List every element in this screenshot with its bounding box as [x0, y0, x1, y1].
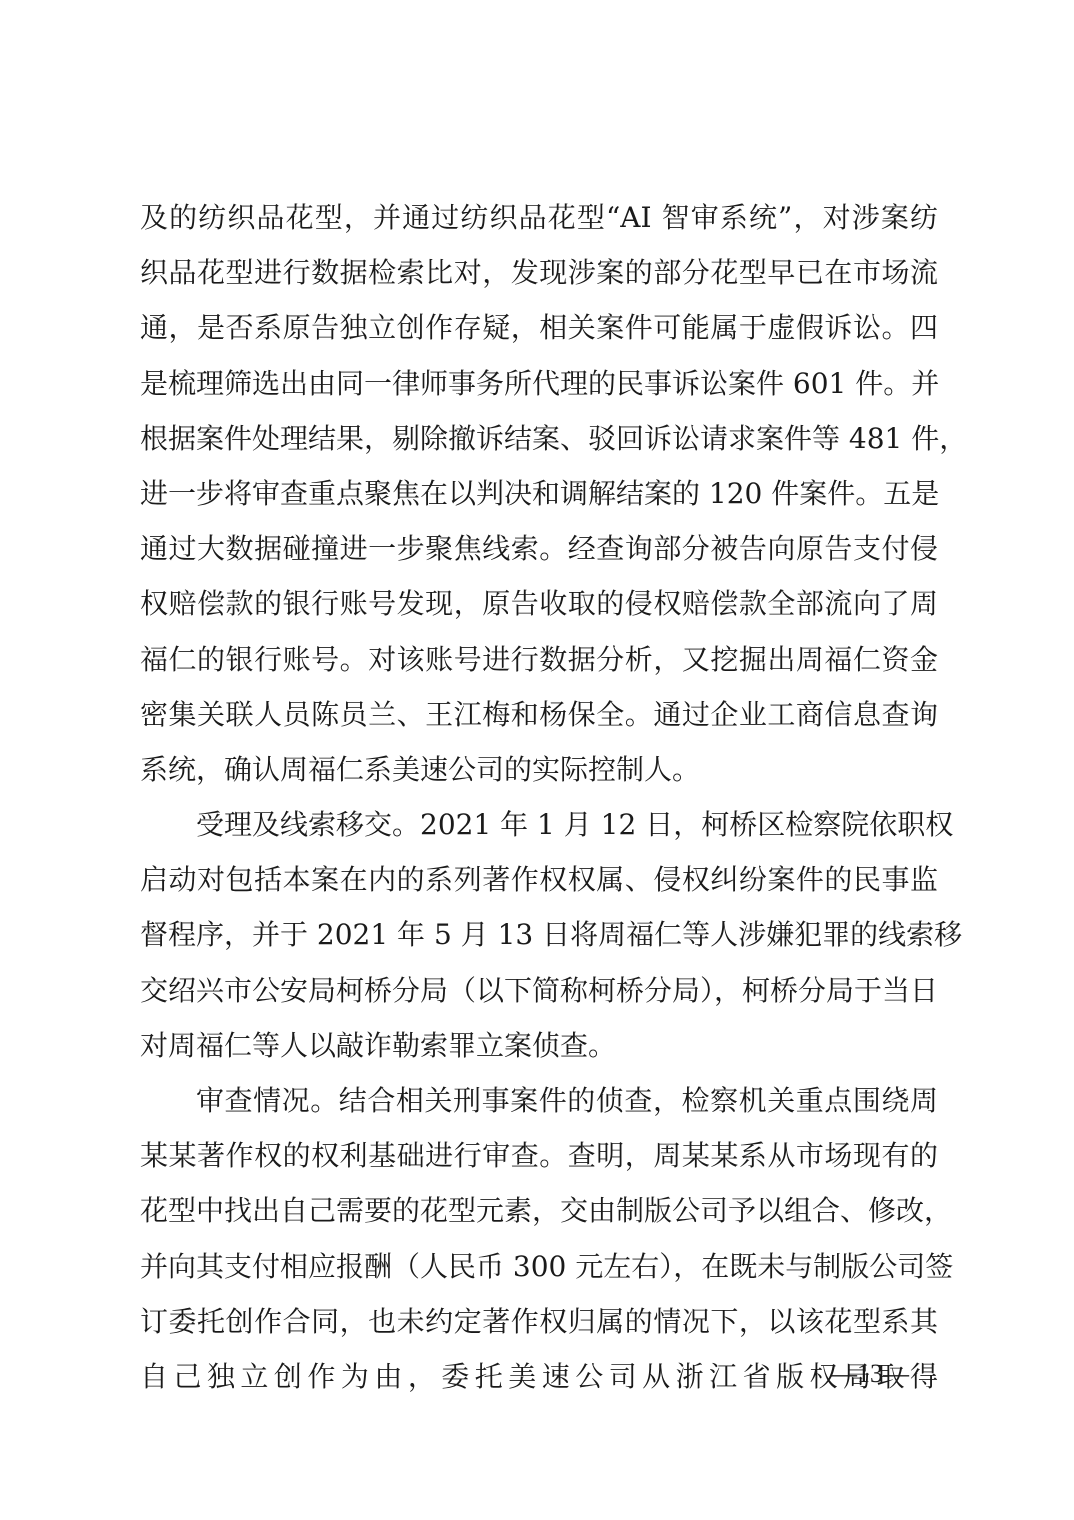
text-line: 对周福仁等人以敲诈勒索罪立案侦查。	[140, 1018, 938, 1073]
text-line: 某某著作权的权利基础进行审查。查明，周某某系从市场现有的	[140, 1128, 938, 1183]
text-line: 订委托创作合同，也未约定著作权归属的情况下，以该花型系其	[140, 1294, 938, 1349]
document-page: 及的纺织品花型，并通过纺织品花型“AI 智审系统”，对涉案纺 织品花型进行数据检…	[0, 0, 1074, 1520]
text-line: 福仁的银行账号。对该账号进行数据分析，又挖掘出周福仁资金	[140, 632, 938, 687]
text-line: 通过大数据碰撞进一步聚焦线索。经查询部分被告向原告支付侵	[140, 521, 938, 576]
text-line: 根据案件处理结果，剔除撤诉结案、驳回诉讼请求案件等 481 件，	[140, 411, 938, 466]
text-line: 花型中找出自己需要的花型元素，交由制版公司予以组合、修改，	[140, 1183, 938, 1238]
text-line: 系统，确认周福仁系美速公司的实际控制人。	[140, 742, 938, 797]
text-line: 及的纺织品花型，并通过纺织品花型“AI 智审系统”，对涉案纺	[140, 190, 938, 245]
paragraph-review-situation: 审查情况。结合相关刑事案件的侦查，检察机关重点围绕周 某某著作权的权利基础进行审…	[140, 1073, 938, 1404]
text-line: 是梳理筛选出由同一律师事务所代理的民事诉讼案件 601 件。并	[140, 356, 938, 411]
text-line: 受理及线索移交。2021 年 1 月 12 日，柯桥区检察院依职权	[140, 797, 938, 852]
text-line: 审查情况。结合相关刑事案件的侦查，检察机关重点围绕周	[140, 1073, 938, 1128]
text-line: 密集关联人员陈员兰、王江梅和杨保全。通过企业工商信息查询	[140, 687, 938, 742]
text-line: 并向其支付相应报酬（人民币 300 元左右），在既未与制版公司签	[140, 1239, 938, 1294]
text-line: 权赔偿款的银行账号发现，原告收取的侵权赔偿款全部流向了周	[140, 576, 938, 631]
paragraph-acceptance-and-transfer: 受理及线索移交。2021 年 1 月 12 日，柯桥区检察院依职权 启动对包括本…	[140, 797, 938, 1073]
text-line: 交绍兴市公安局柯桥分局（以下简称柯桥分局），柯桥分局于当日	[140, 963, 938, 1018]
text-line: 自己独立创作为由，委托美速公司从浙江省版权局取得	[140, 1349, 938, 1404]
body-text: 及的纺织品花型，并通过纺织品花型“AI 智审系统”，对涉案纺 织品花型进行数据检…	[140, 190, 938, 1404]
text-line: 启动对包括本案在内的系列著作权权属、侵权纠纷案件的民事监	[140, 852, 938, 907]
text-line: 通，是否系原告独立创作存疑，相关案件可能属于虚假诉讼。四	[140, 300, 938, 355]
text-line: 进一步将审查重点聚焦在以判决和调解结案的 120 件案件。五是	[140, 466, 938, 521]
paragraph-continuation: 及的纺织品花型，并通过纺织品花型“AI 智审系统”，对涉案纺 织品花型进行数据检…	[140, 190, 938, 797]
page-number: —13—	[830, 1356, 910, 1392]
text-line: 督程序，并于 2021 年 5 月 13 日将周福仁等人涉嫌犯罪的线索移	[140, 907, 938, 962]
text-line: 织品花型进行数据检索比对，发现涉案的部分花型早已在市场流	[140, 245, 938, 300]
